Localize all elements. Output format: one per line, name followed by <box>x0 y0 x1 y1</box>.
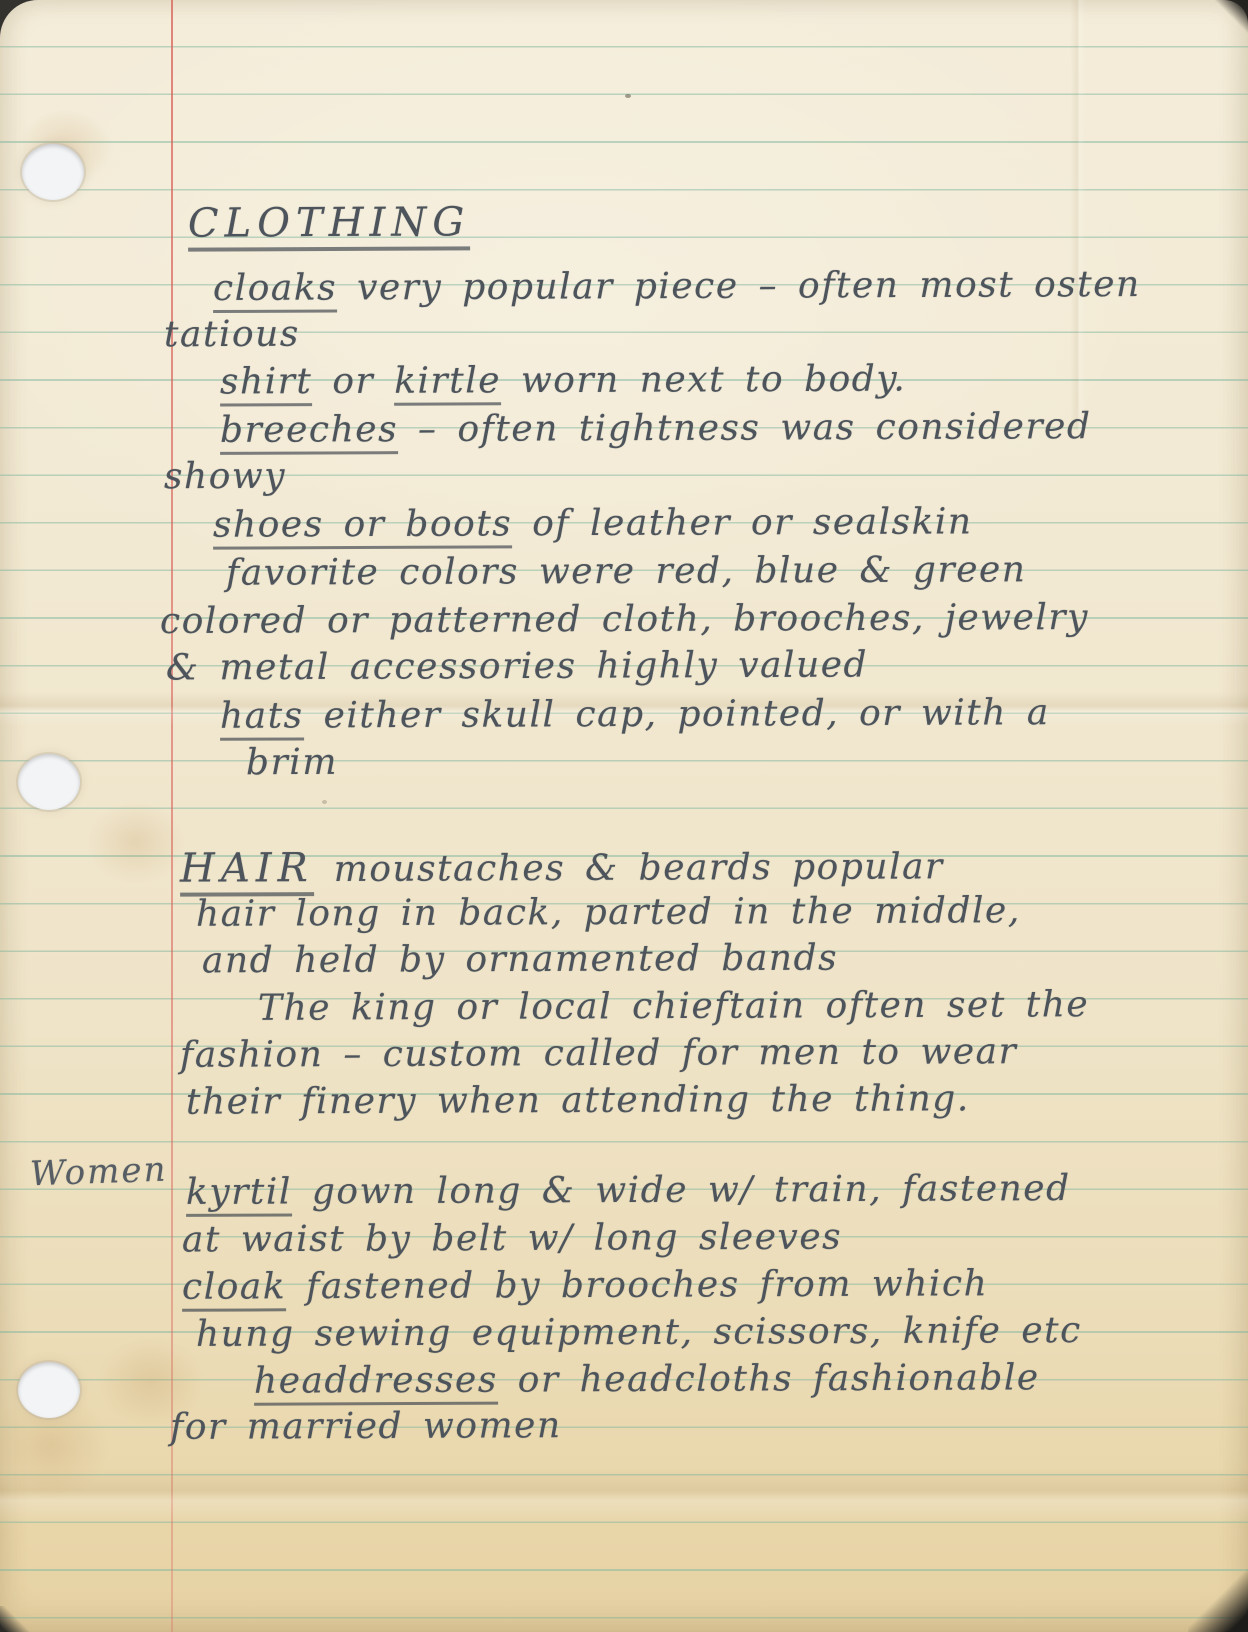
handwritten-line: & metal accessories highly valued <box>166 644 868 688</box>
underlined-term: kirtle <box>394 360 501 405</box>
underlined-term: CLOTHING <box>188 199 471 251</box>
underlined-term: shoes or boots <box>213 503 512 549</box>
notebook-page: CLOTHINGcloaks very popular piece – ofte… <box>0 0 1248 1632</box>
handwritten-line: and held by ornamented bands <box>202 938 838 982</box>
handwritten-text: their finery when attending the thing. <box>186 1078 970 1122</box>
handwritten-text: & metal accessories highly valued <box>166 644 868 688</box>
handwritten-text: tatious <box>164 314 300 356</box>
handwritten-line: hats either skull cap, pointed, or with … <box>220 692 1050 737</box>
handwritten-line: HAIR moustaches & beards popular <box>180 842 944 891</box>
handwritten-text: very popular piece – often most osten <box>337 264 1141 309</box>
margin-annotation-women: Women <box>29 1150 168 1195</box>
handwritten-text: fastened by brooches from which <box>286 1263 988 1307</box>
handwritten-line: hung sewing equipment, scissors, knife e… <box>196 1310 1082 1355</box>
handwritten-text: The king or local chieftain often set th… <box>258 984 1089 1029</box>
underlined-term: hats <box>220 695 304 740</box>
handwritten-line: cloaks very popular piece – often most o… <box>213 264 1141 309</box>
handwritten-line: The king or local chieftain often set th… <box>258 984 1089 1029</box>
handwritten-line: CLOTHING <box>188 199 470 246</box>
underlined-term: breeches <box>220 409 398 455</box>
handwritten-line: at waist by belt w/ long sleeves <box>182 1217 842 1261</box>
underlined-term: cloak <box>182 1266 286 1311</box>
underlined-term: kyrtil <box>186 1171 292 1216</box>
handwritten-text: worn next to body. <box>501 359 907 402</box>
handwritten-line: fashion – custom called for men to wear <box>180 1031 1017 1076</box>
handwritten-text: or headcloths fashionable <box>498 1357 1040 1400</box>
handwritten-text: of leather or sealskin <box>512 501 973 544</box>
handwritten-line: hair long in back, parted in the middle, <box>196 890 1021 935</box>
handwritten-text: either skull cap, pointed, or with a <box>304 692 1050 736</box>
handwritten-line: cloak fastened by brooches from which <box>182 1263 988 1308</box>
handwritten-line: favorite colors were red, blue & green <box>226 549 1027 593</box>
handwritten-line: colored or patterned cloth, brooches, je… <box>160 597 1089 642</box>
handwritten-text: moustaches & beards popular <box>314 846 944 890</box>
handwritten-line: kyrtil gown long & wide w/ train, fasten… <box>186 1168 1071 1213</box>
underlined-term: HAIR <box>180 845 314 897</box>
handwritten-line: their finery when attending the thing. <box>186 1078 970 1122</box>
handwritten-text: gown long & wide w/ train, fastened <box>292 1168 1071 1212</box>
handwritten-text: colored or patterned cloth, brooches, je… <box>160 597 1089 642</box>
handwritten-text: or <box>312 361 394 402</box>
handwritten-text: for married women <box>170 1405 562 1448</box>
handwritten-line: showy <box>164 456 286 498</box>
underlined-term: headdresses <box>254 1360 498 1406</box>
handwritten-text: fashion – custom called for men to wear <box>180 1031 1017 1076</box>
handwritten-text: at waist by belt w/ long sleeves <box>182 1217 842 1261</box>
handwritten-text: showy <box>164 456 286 498</box>
handwritten-text: hair long in back, parted in the middle, <box>196 890 1021 935</box>
handwritten-text: – often tightness was considered <box>398 406 1092 450</box>
handwritten-line: shirt or kirtle worn next to body. <box>220 359 906 403</box>
handwritten-text: and held by ornamented bands <box>202 938 838 982</box>
underlined-term: cloaks <box>213 267 337 313</box>
handwritten-line: brim <box>246 742 338 783</box>
handwriting-layer: CLOTHINGcloaks very popular piece – ofte… <box>0 0 1248 1632</box>
handwritten-text: favorite colors were red, blue & green <box>226 549 1027 593</box>
handwritten-line: headdresses or headcloths fashionable <box>254 1357 1040 1401</box>
handwritten-line: breeches – often tightness was considere… <box>220 406 1092 451</box>
underlined-term: shirt <box>220 361 313 406</box>
handwritten-line: shoes or boots of leather or sealskin <box>213 501 973 545</box>
handwritten-line: for married women <box>170 1405 562 1448</box>
handwritten-text: hung sewing equipment, scissors, knife e… <box>196 1310 1082 1355</box>
handwritten-line: tatious <box>164 314 300 356</box>
handwritten-text: brim <box>246 742 338 783</box>
